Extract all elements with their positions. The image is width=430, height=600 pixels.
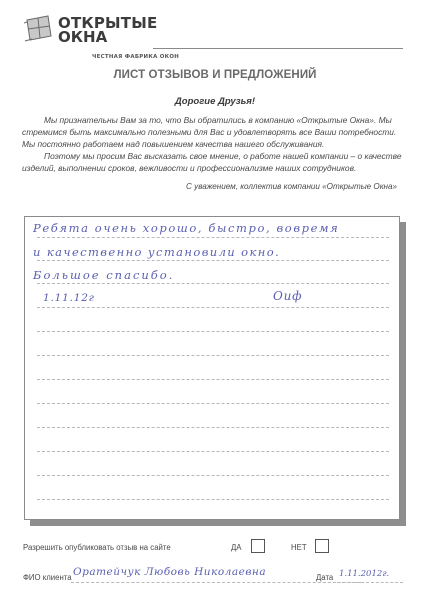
intro-text: Мы признательны Вам за то, что Вы обрати… bbox=[22, 114, 410, 174]
handwritten-date: 1.11.12г bbox=[43, 292, 95, 304]
ruled-line bbox=[37, 379, 389, 380]
ruled-line bbox=[37, 283, 389, 284]
ruled-line bbox=[37, 499, 389, 500]
publish-consent-row: Разрешить опубликовать отзыв на сайте ДА… bbox=[23, 539, 413, 555]
feedback-textarea[interactable]: Ребята очень хорошо, быстро, вовремя и к… bbox=[24, 216, 400, 520]
company-logo: ОТКРЫТЫЕ ОКНА ЧЕСТНАЯ ФАБРИКА ОКОН bbox=[24, 12, 164, 54]
ruled-line bbox=[37, 403, 389, 404]
ruled-line bbox=[37, 331, 389, 332]
yes-label: ДА bbox=[231, 543, 241, 552]
greeting: Дорогие Друзья! bbox=[0, 96, 430, 107]
ruled-line bbox=[37, 237, 389, 238]
handwritten-line: Большое спасибо. bbox=[33, 268, 174, 282]
fio-label: ФИО клиента bbox=[23, 573, 72, 582]
date-label: Дата bbox=[316, 573, 333, 582]
date-underline bbox=[337, 582, 403, 583]
fio-underline bbox=[71, 582, 361, 583]
sign-off: С уважением, коллектив компании «Открыты… bbox=[186, 182, 397, 191]
header-divider bbox=[153, 48, 403, 49]
yes-checkbox[interactable] bbox=[251, 539, 265, 553]
ruled-line bbox=[37, 475, 389, 476]
intro-paragraph: Мы признательны Вам за то, что Вы обрати… bbox=[22, 114, 410, 150]
ruled-line bbox=[37, 260, 389, 261]
logo-tagline: ЧЕСТНАЯ ФАБРИКА ОКОН bbox=[92, 54, 179, 60]
no-label: НЕТ bbox=[291, 543, 307, 552]
client-info-row: ФИО клиента Оратейчук Любовь Николаевна … bbox=[23, 568, 413, 584]
publish-label: Разрешить опубликовать отзыв на сайте bbox=[23, 543, 171, 552]
ruled-line bbox=[37, 307, 389, 308]
handwritten-signature: Оиф bbox=[273, 289, 302, 303]
date-field[interactable]: 1.11.2012г. bbox=[339, 569, 389, 579]
fio-field[interactable]: Оратейчук Любовь Николаевна bbox=[73, 566, 266, 578]
ruled-line bbox=[37, 427, 389, 428]
form-title: ЛИСТ ОТЗЫВОВ И ПРЕДЛОЖЕНИЙ bbox=[0, 69, 430, 81]
ruled-line bbox=[37, 355, 389, 356]
intro-paragraph: Поэтому мы просим Вас высказать свое мне… bbox=[22, 150, 410, 174]
ruled-line bbox=[37, 451, 389, 452]
handwritten-line: и качественно установили окно. bbox=[33, 245, 280, 259]
no-checkbox[interactable] bbox=[315, 539, 329, 553]
handwritten-line: Ребята очень хорошо, быстро, вовремя bbox=[33, 221, 339, 235]
window-logo-icon bbox=[24, 14, 54, 44]
logo-text-line2: ОКНА bbox=[58, 30, 107, 44]
